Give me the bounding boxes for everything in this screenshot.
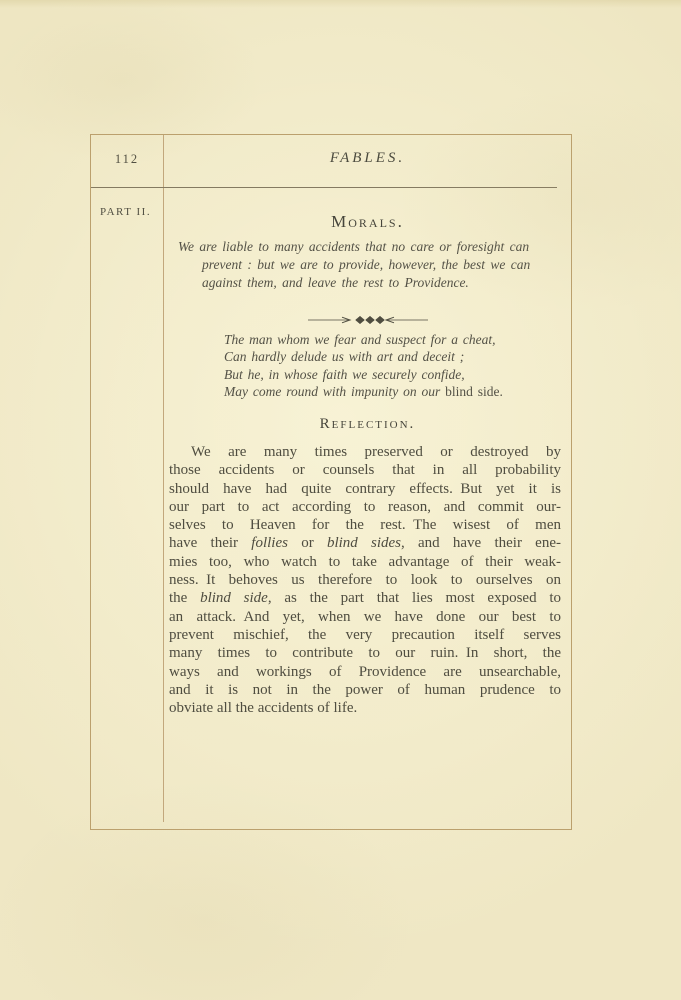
text-line: ness. It behoves us therefore to look to…	[169, 571, 561, 589]
text-line: against them, and leave the rest to Prov…	[178, 274, 572, 292]
running-title: FABLES.	[164, 150, 571, 167]
text-line: should have had quite contrary effects. …	[169, 480, 561, 498]
header-rule	[91, 187, 557, 188]
text-line: Can hardly delude us with art and deceit…	[224, 348, 503, 365]
divider-ornament	[164, 311, 571, 329]
text-line: The man whom we fear and suspect for a c…	[224, 331, 503, 348]
text-line: May come round with impunity on our blin…	[224, 383, 503, 400]
fleuron-divider-icon	[306, 314, 430, 326]
reflection-paragraph: We are many times preserved or destroyed…	[169, 443, 561, 717]
part-label: PART II.	[100, 206, 151, 218]
text-line: our part to act according to reason, and…	[169, 498, 561, 516]
text-line: many times to contribute to our ruin. In…	[169, 644, 561, 662]
reflection-heading: Reflection.	[164, 416, 571, 433]
text-line: have their follies or blind sides, and h…	[169, 534, 561, 552]
text-line: mies too, who watch to take advantage of…	[169, 553, 561, 571]
text-line: prevent mischief, the very precaution it…	[169, 626, 561, 644]
morals-quote: We are liable to many accidents that no …	[178, 238, 572, 292]
text-line: those accidents or counsels that in all …	[169, 461, 561, 479]
text-line: prevent : but we are to provide, however…	[178, 256, 572, 274]
morals-heading: Morals.	[164, 212, 571, 232]
page-frame: 112 FABLES. PART II. Morals. We are liab…	[90, 134, 572, 830]
text-line: the blind side, as the part that lies mo…	[169, 589, 561, 607]
text-line: an attack. And yet, when we have done ou…	[169, 608, 561, 626]
verse-quote: The man whom we fear and suspect for a c…	[224, 331, 503, 401]
margin-column-divider	[163, 135, 164, 822]
page-number: 112	[91, 152, 163, 167]
text-line: obviate all the accidents of life.	[169, 699, 561, 717]
text-line: selves to Heaven for the rest. The wises…	[169, 516, 561, 534]
text-line: ways and workings of Providence are unse…	[169, 663, 561, 681]
text-line: We are liable to many accidents that no …	[178, 238, 572, 256]
text-line: We are many times preserved or destroyed…	[169, 443, 561, 461]
text-line: But he, in whose faith we securely confi…	[224, 366, 503, 383]
scanned-page: 112 FABLES. PART II. Morals. We are liab…	[0, 0, 681, 1000]
text-line: and it is not in the power of human prud…	[169, 681, 561, 699]
